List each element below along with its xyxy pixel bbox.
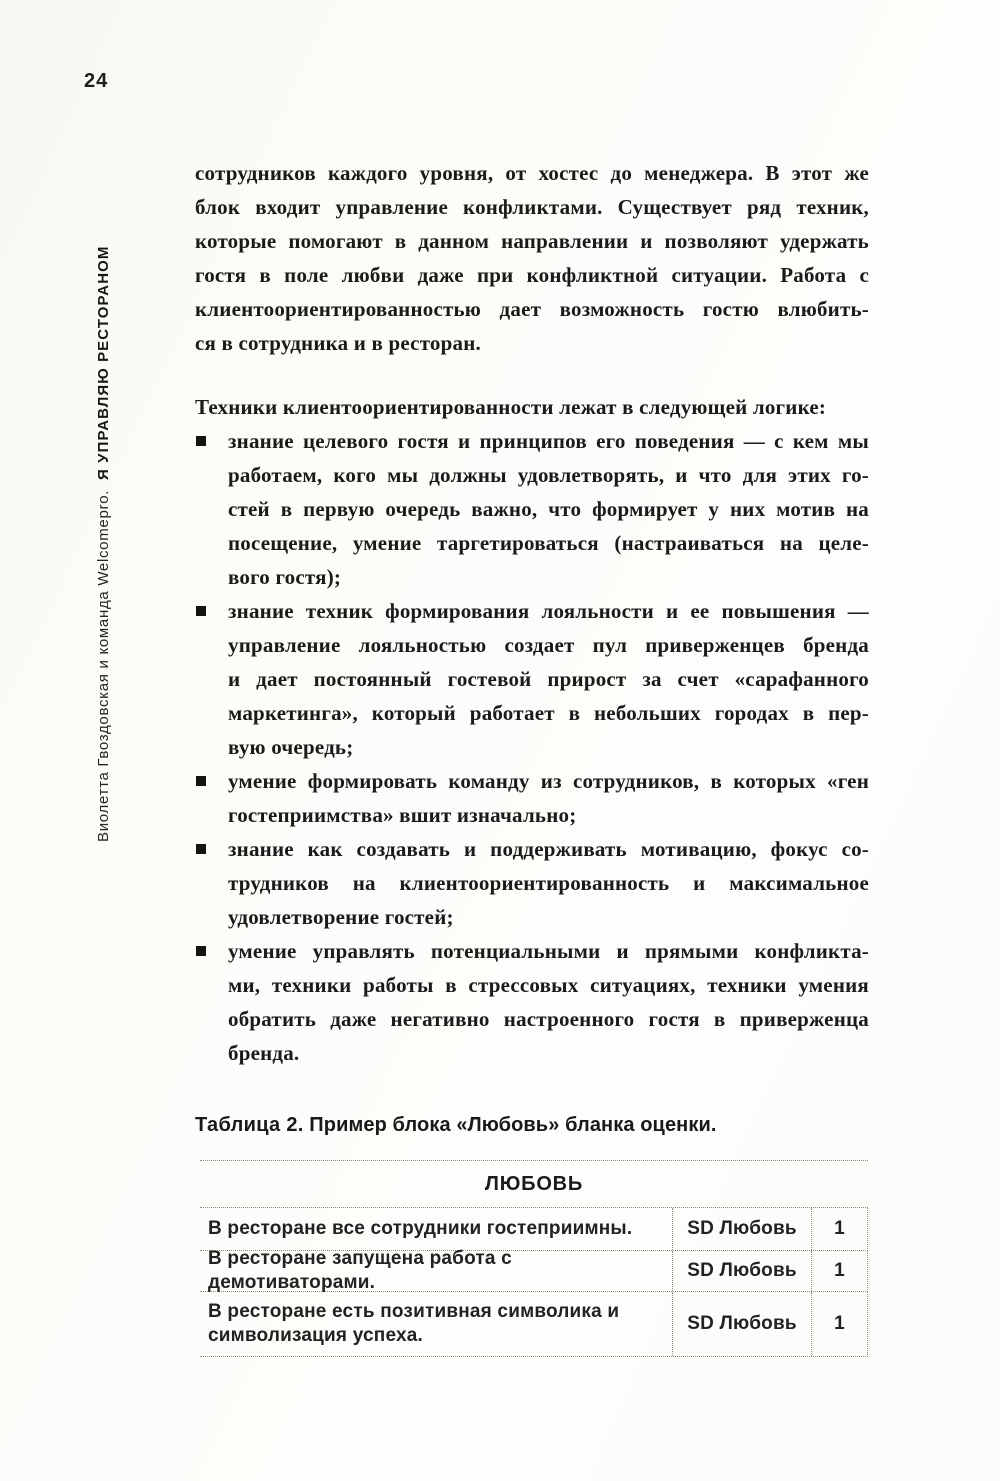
- text-line: маркетинга», который работает в небольши…: [228, 696, 869, 730]
- text-line: умение формировать команду из сотруднико…: [228, 764, 869, 798]
- code-cell: SD Любовь: [672, 1292, 812, 1356]
- text-line: бренда.: [228, 1036, 869, 1070]
- table-body: В ресторане все сотрудники гостеприимны.…: [200, 1208, 868, 1357]
- text-line: вую очередь;: [228, 730, 869, 764]
- list-item: знание как создавать и поддерживать моти…: [195, 832, 869, 934]
- criterion-cell: В ресторане запущена работа с демотивато…: [200, 1247, 672, 1295]
- evaluation-table: ЛЮБОВЬ В ресторане все сотрудники гостеп…: [200, 1160, 868, 1357]
- table-caption: Таблица 2. Пример блока «Любовь» бланка …: [195, 1112, 869, 1138]
- paragraph-techniques-intro: Техники клиентоориентированности лежат в…: [195, 390, 869, 424]
- score-cell: 1: [812, 1254, 867, 1288]
- table-row: В ресторане запущена работа с демотивато…: [200, 1251, 868, 1292]
- bullet-square-icon: [196, 436, 206, 446]
- spine-book-title: Я УПРАВЛЯЮ РЕСТОРАНОМ: [95, 245, 112, 480]
- bullet-square-icon: [196, 606, 206, 616]
- text-line: ми, техники работы в стрессовых ситуация…: [228, 968, 869, 1002]
- score-cell: 1: [812, 1212, 867, 1246]
- table-caption-label: Таблица 2.: [195, 1114, 304, 1136]
- text-line: ся в сотрудника и в ресторан.: [195, 326, 869, 360]
- text-column: сотрудников каждого уровня, от хостес до…: [195, 156, 869, 1357]
- list-item-text: знание целевого гостя и принципов его по…: [228, 424, 869, 594]
- text-line: клиентоориентированностью дает возможнос…: [195, 292, 869, 326]
- book-page: 24 Виолетта Гвоздовская и команда Welcom…: [0, 0, 1000, 1481]
- text-line: и дает постоянный гостевой прирост за сч…: [228, 662, 869, 696]
- text-line: управление лояльностью создает пул приве…: [228, 628, 869, 662]
- text-line: работаем, кого мы должны удовлетворять, …: [228, 458, 869, 492]
- code-cell: SD Любовь: [672, 1251, 812, 1291]
- list-item-text: знание как создавать и поддерживать моти…: [228, 832, 869, 934]
- text-line: обратить даже негативно настроенного гос…: [228, 1002, 869, 1036]
- page-number: 24: [84, 70, 108, 93]
- bullet-square-icon: [196, 946, 206, 956]
- table-row: В ресторане все сотрудники гостеприимны.…: [200, 1208, 868, 1251]
- text-line: стей в первую очередь важно, что формиру…: [228, 492, 869, 526]
- text-line: сотрудников каждого уровня, от хостес до…: [195, 156, 869, 190]
- list-item-text: знание техник формирования лояльности и …: [228, 594, 869, 764]
- bullet-square-icon: [196, 844, 206, 854]
- list-item: знание техник формирования лояльности и …: [195, 594, 869, 764]
- score-cell: 1: [812, 1307, 867, 1341]
- text-line: знание целевого гостя и принципов его по…: [228, 424, 869, 458]
- bullet-list: знание целевого гостя и принципов его по…: [195, 424, 869, 1070]
- table-header-love: ЛЮБОВЬ: [200, 1161, 868, 1208]
- text-line: блок входит управление конфликтами. Суще…: [195, 190, 869, 224]
- text-line: Техники клиентоориентированности лежат в…: [195, 390, 869, 424]
- text-line: знание как создавать и поддерживать моти…: [228, 832, 869, 866]
- text-line: умение управлять потенциальными и прямым…: [228, 934, 869, 968]
- text-line: знание техник формирования лояльности и …: [228, 594, 869, 628]
- code-cell: SD Любовь: [672, 1208, 812, 1250]
- table-row: В ресторане есть позитивная символика и …: [200, 1292, 868, 1357]
- text-line: гостя в поле любви даже при конфликтной …: [195, 258, 869, 292]
- text-line: которые помогают в данном направлении и …: [195, 224, 869, 258]
- text-line: посещение, умение таргетироваться (настр…: [228, 526, 869, 560]
- text-line: гостеприимства» вшит изначально;: [228, 798, 869, 832]
- criterion-cell: В ресторане есть позитивная символика и …: [200, 1300, 672, 1348]
- spine-running-title: Виолетта Гвоздовская и команда Welcomepr…: [95, 245, 112, 842]
- paragraph-customer-love: сотрудников каждого уровня, от хостес до…: [195, 156, 869, 360]
- table-caption-text: Пример блока «Любовь» бланка оценки.: [309, 1114, 716, 1136]
- list-item: умение управлять потенциальными и прямым…: [195, 934, 869, 1070]
- bullet-square-icon: [196, 776, 206, 786]
- text-line: удовлетворение гостей;: [228, 900, 869, 934]
- spine-author: Виолетта Гвоздовская и команда Welcomepr…: [95, 490, 112, 842]
- list-item-text: умение управлять потенциальными и прямым…: [228, 934, 869, 1070]
- text-line: вого гостя);: [228, 560, 869, 594]
- list-item-text: умение формировать команду из сотруднико…: [228, 764, 869, 832]
- list-item: умение формировать команду из сотруднико…: [195, 764, 869, 832]
- text-line: трудников на клиентоориентированность и …: [228, 866, 869, 900]
- criterion-cell: В ресторане все сотрудники гостеприимны.: [200, 1217, 672, 1241]
- list-item: знание целевого гостя и принципов его по…: [195, 424, 869, 594]
